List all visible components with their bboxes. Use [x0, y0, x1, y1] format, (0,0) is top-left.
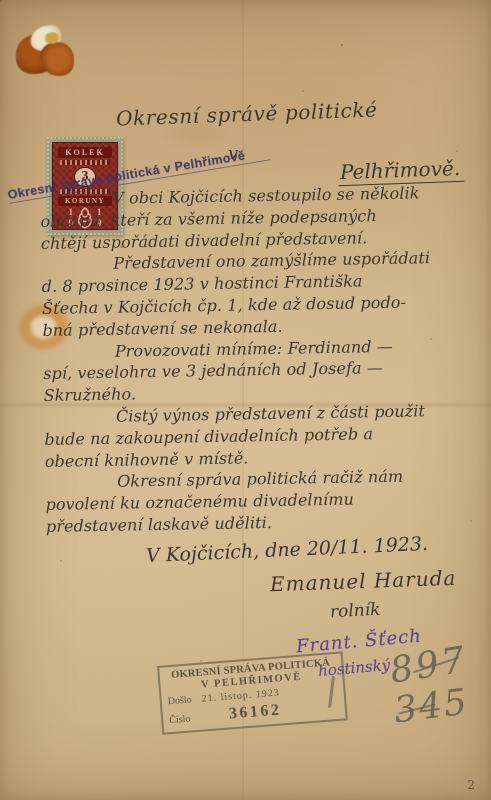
wax-blob [44, 32, 60, 44]
stamp-ornament-band [60, 160, 110, 165]
pencil-number-lower: 345 [392, 682, 471, 732]
receipt-stamp: OKRESNÍ SPRÁVA POLITICKÁ V PELHŘIMOVĚ Do… [157, 651, 348, 734]
document-heading-line1: Okresní správě politické [116, 97, 378, 130]
wax-seal-remnant [14, 20, 80, 82]
received-label: Došlo [167, 694, 202, 708]
paper-specks [0, 0, 2, 2]
file-number: 36162 [228, 701, 282, 723]
document-page: KOLEK 3 KORUNY 1 9 1 9 Okresní správa po… [0, 0, 491, 800]
signature-name: Emanuel Haruda [270, 566, 457, 596]
stamp-kolek-label: KOLEK [58, 147, 112, 158]
wax-blob [40, 42, 74, 76]
page-number: 2 [467, 778, 475, 792]
document-body: V obci Kojčicích sestoupilo se několik o… [40, 181, 491, 538]
dateline: V Kojčicích, dne 20/11. 1923. [146, 533, 429, 567]
signature-role: rolník [330, 600, 381, 623]
number-label: Číslo [169, 713, 204, 727]
